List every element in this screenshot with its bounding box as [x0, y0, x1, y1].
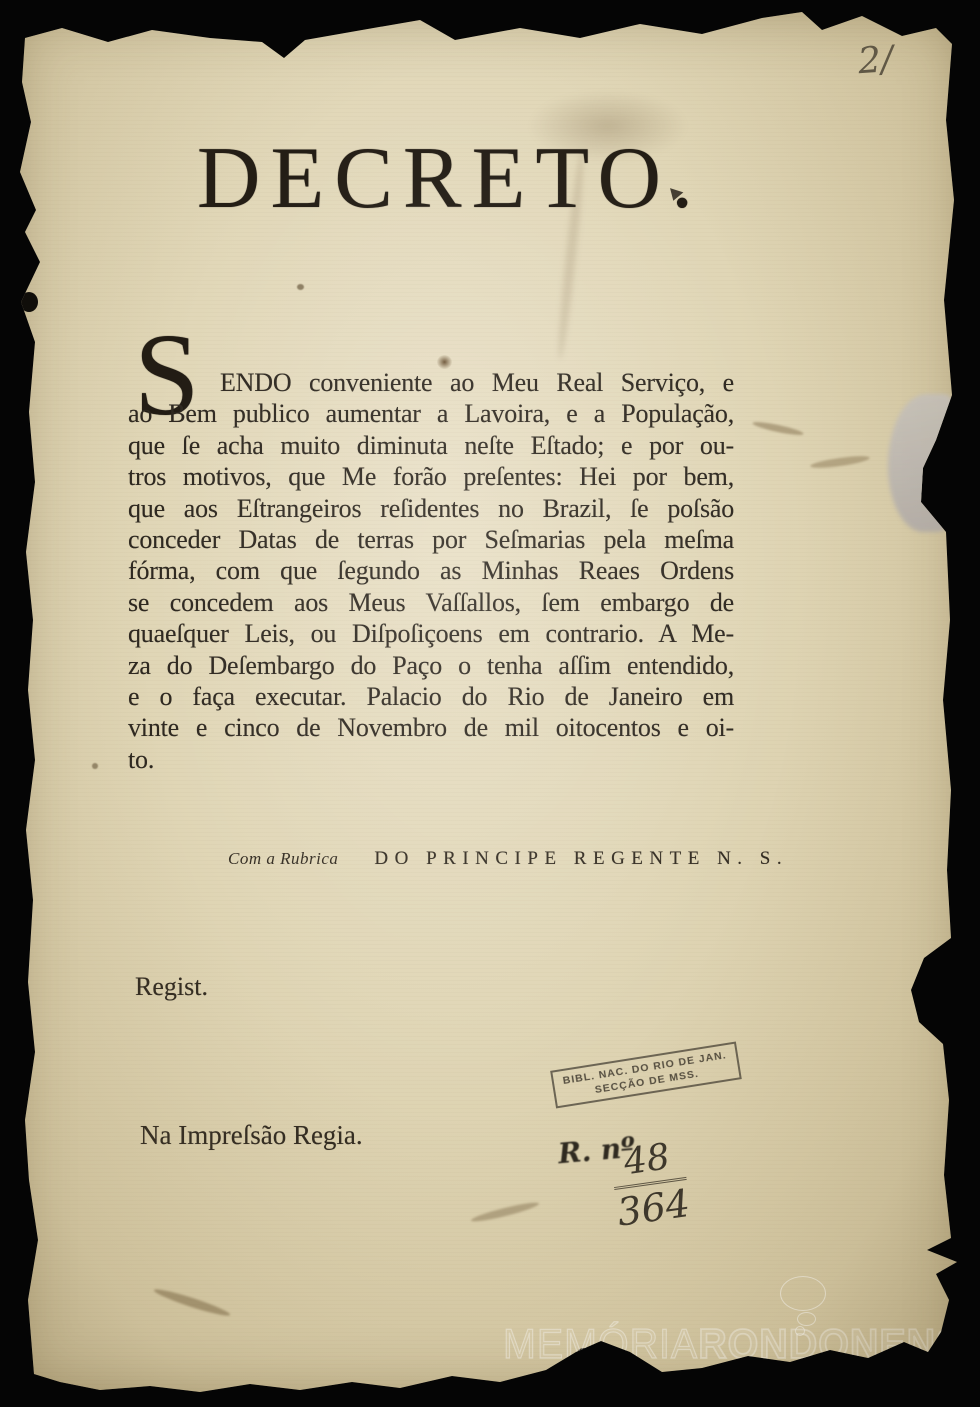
paper-sheet: 2/ DECRETO. S ENDO conveniente ao Meu Re…	[0, 0, 980, 1407]
paper-vignette	[0, 0, 980, 1407]
scanned-document-photo: 2/ DECRETO. S ENDO conveniente ao Meu Re…	[0, 0, 980, 1407]
